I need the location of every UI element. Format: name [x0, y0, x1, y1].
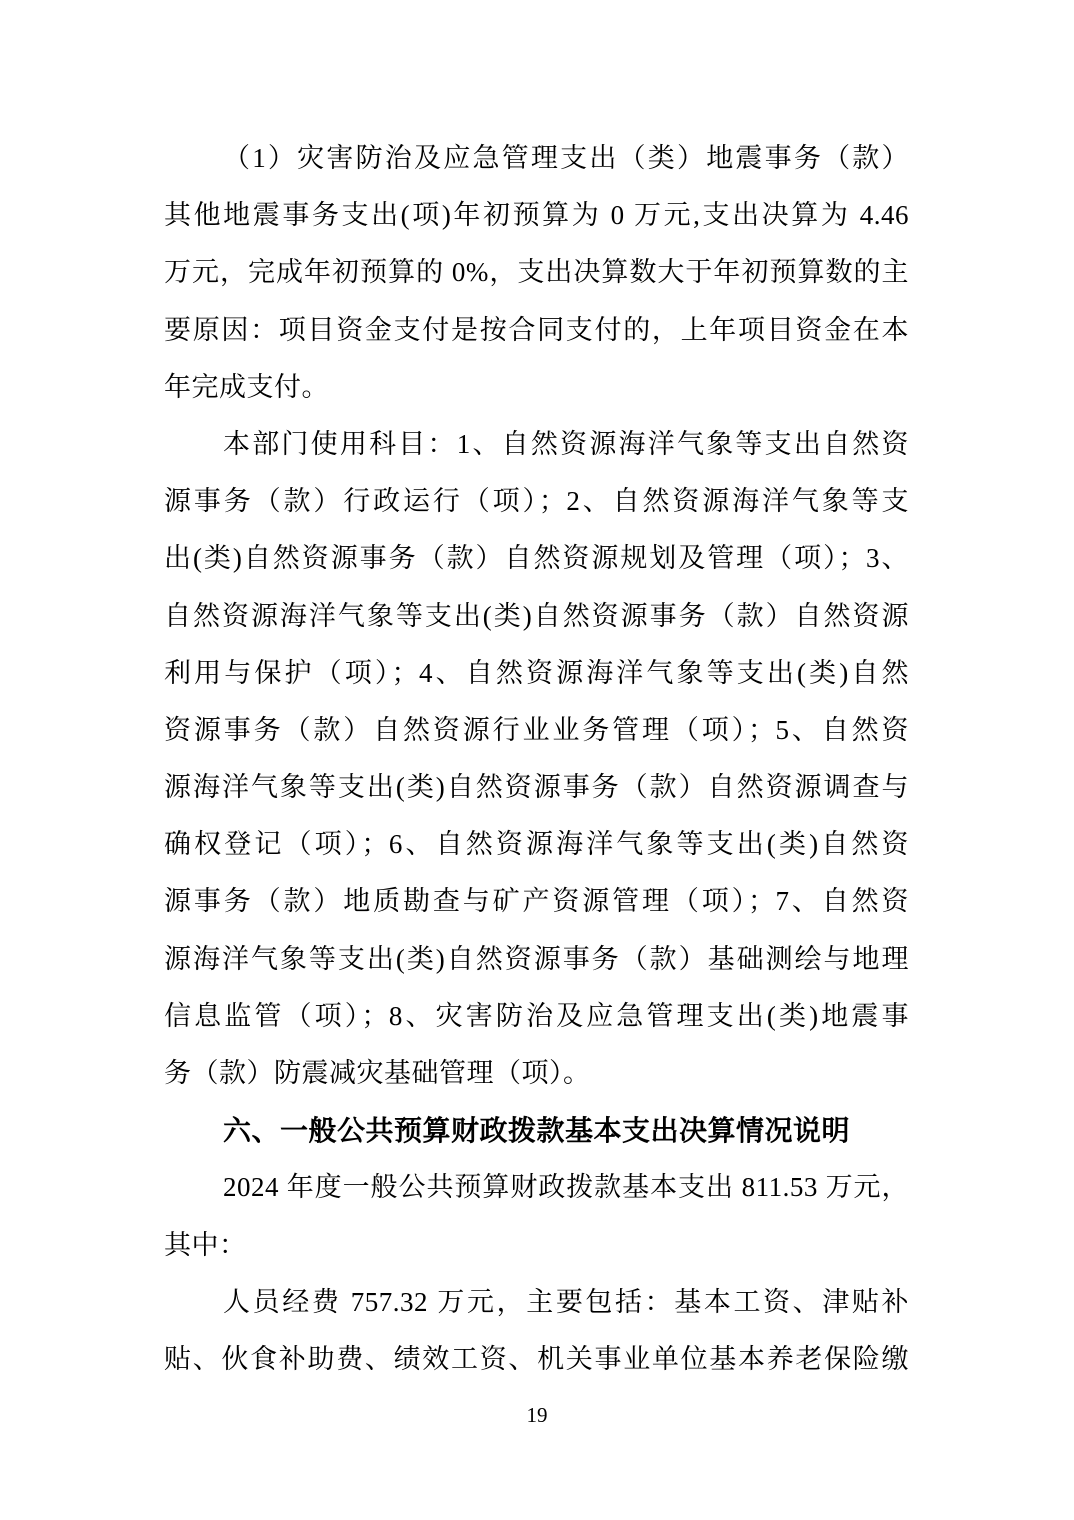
paragraph-line: 年完成支付。: [164, 359, 909, 416]
paragraph-line: 资源事务（款）自然资源行业业务管理（项）；5、自然资: [164, 702, 909, 759]
paragraph-line: 本部门使用科目：1、自然资源海洋气象等支出自然资: [164, 416, 909, 473]
paragraph-line: （1）灾害防治及应急管理支出（类）地震事务（款）: [164, 130, 909, 187]
paragraph-line: 源事务（款）行政运行（项）；2、自然资源海洋气象等支: [164, 473, 909, 530]
paragraph-line: 要原因：项目资金支付是按合同支付的，上年项目资金在本: [164, 302, 909, 359]
paragraph-line: 万元，完成年初预算的 0%，支出决算数大于年初预算数的主: [164, 244, 909, 301]
paragraph-line: 其他地震事务支出(项)年初预算为 0 万元,支出决算为 4.46: [164, 187, 909, 244]
paragraph-line: 出(类)自然资源事务（款）自然资源规划及管理（项）；3、: [164, 530, 909, 587]
paragraph-line: 确权登记（项）；6、自然资源海洋气象等支出(类)自然资: [164, 816, 909, 873]
paragraph-line: 贴、伙食补助费、绩效工资、机关事业单位基本养老保险缴: [164, 1331, 909, 1388]
paragraph-line: 2024 年度一般公共预算财政拨款基本支出 811.53 万元，: [164, 1159, 909, 1216]
paragraph-line: 自然资源海洋气象等支出(类)自然资源事务（款）自然资源: [164, 588, 909, 645]
paragraph-line: 信息监管（项）；8、灾害防治及应急管理支出(类)地震事: [164, 988, 909, 1045]
section-heading: 六、一般公共预算财政拨款基本支出决算情况说明: [164, 1102, 909, 1159]
paragraph-line: 其中：: [164, 1217, 909, 1274]
document-page: （1）灾害防治及应急管理支出（类）地震事务（款） 其他地震事务支出(项)年初预算…: [0, 0, 1074, 1520]
paragraph-line: 源海洋气象等支出(类)自然资源事务（款）基础测绘与地理: [164, 931, 909, 988]
paragraph-line: 利用与保护（项）；4、自然资源海洋气象等支出(类)自然: [164, 645, 909, 702]
page-number: 19: [0, 1401, 1074, 1429]
paragraph-line: 源事务（款）地质勘查与矿产资源管理（项）；7、自然资: [164, 873, 909, 930]
paragraph-line: 务（款）防震减灾基础管理（项）。: [164, 1045, 909, 1102]
paragraph-line: 人员经费 757.32 万元，主要包括：基本工资、津贴补: [164, 1274, 909, 1331]
paragraph-line: 源海洋气象等支出(类)自然资源事务（款）自然资源调查与: [164, 759, 909, 816]
document-body: （1）灾害防治及应急管理支出（类）地震事务（款） 其他地震事务支出(项)年初预算…: [164, 130, 909, 1388]
